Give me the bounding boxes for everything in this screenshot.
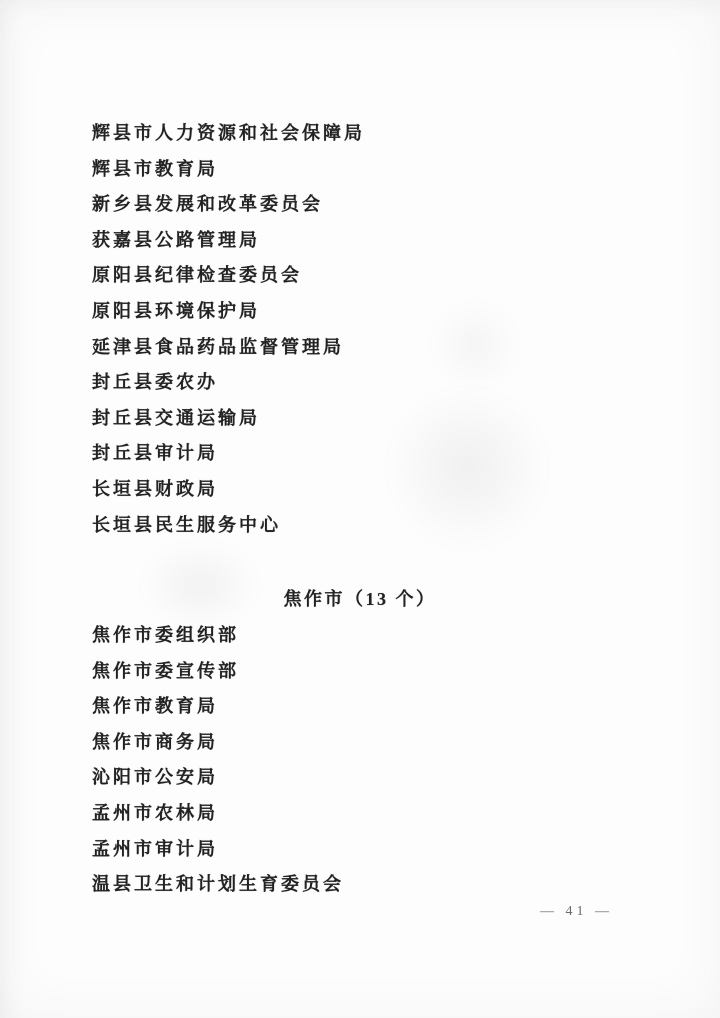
- list-item: 孟州市农林局: [92, 802, 680, 838]
- list-item: 焦作市委宣传部: [92, 660, 680, 696]
- list-item: 沁阳市公安局: [92, 766, 680, 802]
- list-item: 封丘县委农办: [92, 371, 680, 407]
- list-item: 焦作市商务局: [92, 731, 680, 767]
- page-number: — 41 —: [540, 904, 613, 920]
- list-item: 获嘉县公路管理局: [92, 229, 680, 265]
- list-item: 孟州市审计局: [92, 838, 680, 874]
- section-heading-jiaozuo: 焦作市（13 个）: [0, 585, 720, 611]
- agency-list-xinxiang: 辉县市人力资源和社会保障局辉县市教育局新乡县发展和改革委员会获嘉县公路管理局原阳…: [92, 122, 680, 549]
- list-item: 焦作市教育局: [92, 695, 680, 731]
- list-item: 辉县市教育局: [92, 158, 680, 194]
- list-item: 封丘县交通运输局: [92, 407, 680, 443]
- list-item: 长垣县财政局: [92, 478, 680, 514]
- list-item: 原阳县环境保护局: [92, 300, 680, 336]
- scanned-document-page: 辉县市人力资源和社会保障局辉县市教育局新乡县发展和改革委员会获嘉县公路管理局原阳…: [0, 0, 720, 1018]
- list-item: 新乡县发展和改革委员会: [92, 193, 680, 229]
- list-item: 长垣县民生服务中心: [92, 514, 680, 550]
- list-item: 原阳县纪律检查委员会: [92, 264, 680, 300]
- list-item: 封丘县审计局: [92, 442, 680, 478]
- agency-list-jiaozuo: 焦作市委组织部焦作市委宣传部焦作市教育局焦作市商务局沁阳市公安局孟州市农林局孟州…: [92, 624, 680, 909]
- list-item: 辉县市人力资源和社会保障局: [92, 122, 680, 158]
- list-item: 延津县食品药品监督管理局: [92, 336, 680, 372]
- list-item: 焦作市委组织部: [92, 624, 680, 660]
